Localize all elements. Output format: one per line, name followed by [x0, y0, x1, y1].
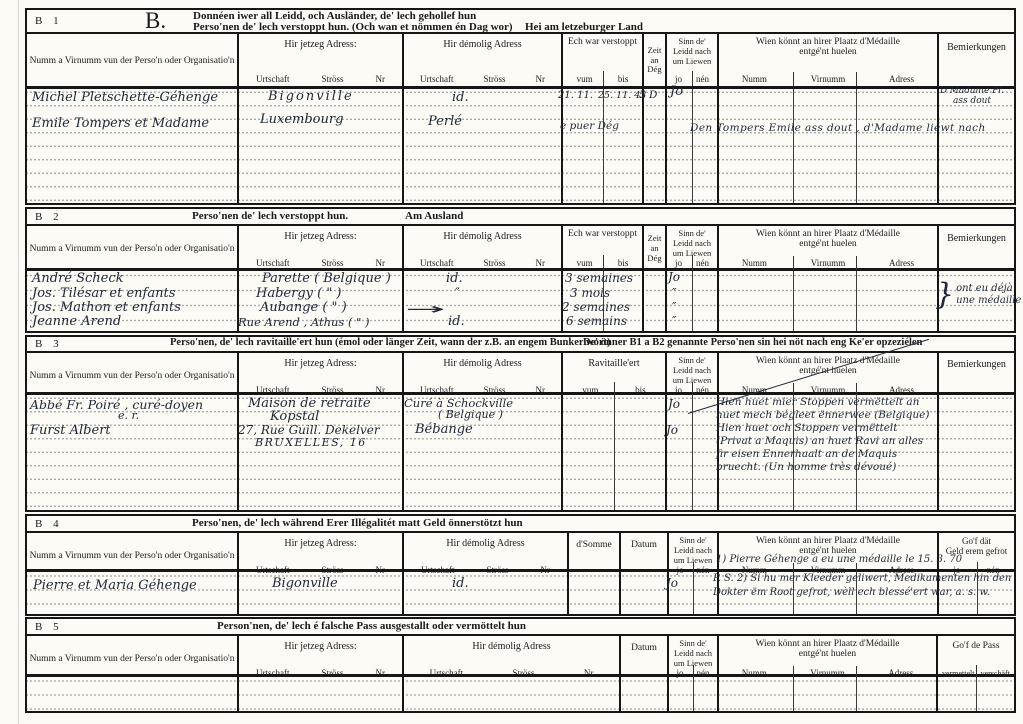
divider-cell	[561, 89, 642, 203]
bis-label: bis	[618, 74, 629, 84]
b1-col-zeit: ZeitanDég	[642, 34, 665, 86]
subcolumn-divider	[856, 256, 857, 270]
nr-label: Nr	[535, 74, 545, 84]
b2-row4-now-addr: Rue Arend , Athus ( " )	[238, 315, 370, 329]
b3-col-ravitailleert: Ravitaille'ert vumbis	[561, 353, 665, 397]
old-addr-label: Hir démolig Adress	[472, 641, 550, 652]
b4-row1-old-addr: id.	[452, 576, 469, 591]
medal-label: Wien könnt an hirer Plaatz d'Médailleent…	[756, 37, 900, 57]
adress-label: Adress	[889, 385, 914, 395]
virnumm-label: Virnumm	[811, 258, 845, 268]
b3-row2-now-addr2: BRUXELLES, 16	[255, 436, 367, 449]
urtschaft-label: Urtschaft	[256, 385, 290, 395]
b2-row4-duration: 6 semains	[566, 314, 627, 328]
b4-title-band: B 4 Perso'nen, de' lech während Erer Ill…	[27, 516, 1014, 533]
bis-label: bis	[618, 258, 629, 268]
b1-row1-old-addr: id.	[452, 90, 469, 105]
adress-label: Adress	[889, 258, 914, 268]
b1-body: Michel Pletschette-Géhenge Bigonville id…	[27, 89, 1014, 203]
b3-title: Perso'nen, de' lech ravitaille'ert hun (…	[170, 337, 610, 348]
urtschaft-label: Urtschaft	[420, 385, 454, 395]
jo-label: jo	[675, 385, 682, 395]
b4-body: Pierre et Maria Géhenge Bigonville id. J…	[27, 572, 1014, 614]
b3-id: B 3	[35, 338, 63, 350]
brace-mark: }	[935, 280, 954, 310]
divider-cell	[237, 677, 402, 711]
b3-remark-block: Hien huet mier Stoppen vermëttelt an hue…	[716, 396, 936, 474]
b2-id: B 2	[35, 211, 63, 223]
b1-row2-name: Emile Tompers et Madame	[32, 116, 209, 131]
b4-medal-note: 1) Pierre Géhenge a eu une médaille le 1…	[716, 554, 962, 565]
name-col-label: Numm a Virnumm vun der Perso'n oder Orga…	[30, 56, 235, 66]
alive-label: Sinn de'Leidd nachum Liewen	[673, 356, 711, 385]
divider-cell	[642, 89, 665, 203]
ravitailleert-label: Ravitaille'ert	[588, 358, 639, 369]
b1-row1-now-addr: Bigonville	[268, 89, 354, 104]
divider-cell	[937, 395, 1014, 510]
divider-cell	[936, 677, 1014, 711]
geld-gefrot-label: Go'f dätGeld erem gefrot	[946, 536, 1007, 556]
vum-label: vum	[577, 74, 593, 84]
b3-row1-alive-jo: Jo	[668, 397, 680, 411]
divider-cell	[619, 677, 667, 711]
verstoppt-label: Ech war verstoppt	[568, 37, 637, 47]
column-dividers	[27, 677, 1014, 711]
b3-col-old-addr: Hir démolig Adress UrtschaftStrössNr	[402, 353, 561, 397]
b5-title: Person'nen, de' lech é falsche Pass ausg…	[217, 620, 526, 632]
subcolumn-divider	[603, 71, 604, 86]
b3-col-name: Numm a Virnumm vun der Perso'n oder Orga…	[27, 353, 237, 397]
b1-column-headers: Numm a Virnumm vun der Perso'n oder Orga…	[27, 34, 1014, 89]
divider-cell	[402, 572, 567, 614]
b2-row3-now-addr: Aubange ( " )	[260, 300, 347, 315]
b5-col-pass-gof: Go'f de Pass vermetteltverschäft	[936, 636, 1014, 680]
addr-sublabels: UrtschaftStrössNr	[405, 74, 560, 84]
b5-col-medal: Wien könnt an hirer Plaatz d'Médailleent…	[717, 636, 936, 680]
b2-body: André Scheck Parette ( Belgique ) id. 3 …	[27, 271, 1014, 331]
b2-row2-alive-jo: ″	[672, 286, 676, 300]
b2-col-now-addr: Hir jetzeg Adress: UrtschaftStrössNr	[237, 226, 402, 270]
urtschaft-label: Urtschaft	[420, 74, 454, 84]
divider-cell	[717, 89, 937, 203]
medal-sublabels: NummVirnummAdress	[720, 74, 936, 84]
b3-row2-old-addr: Bébange	[415, 422, 473, 437]
jo-label: jo	[675, 74, 682, 84]
section-b2: B 2 Perso'nen de' lech verstoppt hun. Am…	[25, 207, 1016, 333]
alive-label: Sinn de'Leidd nachum Liewen	[674, 536, 712, 565]
b2-title-band: B 2 Perso'nen de' lech verstoppt hun. Am…	[27, 209, 1014, 226]
pass-gof-label: Go'f de Pass	[952, 641, 999, 651]
stross-label: Ströss	[321, 258, 343, 268]
divider-cell	[642, 271, 665, 331]
b1-col-alive: Sinn de'Leidd nachum Liewen jonén	[665, 34, 717, 86]
b1-title-band: B 1 B. Donnéen iwer all Leidd, och Auslä…	[27, 10, 1014, 34]
numm-label: Numm	[742, 258, 767, 268]
b2-row1-now-addr: Parette ( Belgique )	[262, 271, 391, 286]
now-addr-label: Hir jetzeg Adress:	[284, 231, 356, 242]
nen-label: nén	[696, 74, 709, 84]
b2-row4-old-addr: id.	[448, 314, 465, 329]
b2-row1-alive-jo: Jo	[668, 270, 680, 284]
b2-row4-alive-jo: ″	[672, 314, 676, 328]
vum-label: vum	[582, 385, 598, 395]
b4-row1-alive-jo: Jo	[666, 576, 678, 590]
b1-title-line2: Perso'nen de' lech verstoppt hun. (Och w…	[193, 21, 513, 33]
nr-label: Nr	[375, 258, 385, 268]
medal-label: Wien könnt an hirer Plaatz d'Médailleent…	[756, 536, 900, 556]
divider-cell	[667, 677, 717, 711]
b5-body	[27, 677, 1014, 711]
b5-id: B 5	[35, 621, 63, 633]
b5-title-band: B 5 Person'nen, de' lech é falsche Pass …	[27, 619, 1014, 636]
subcolumn-divider	[692, 255, 693, 270]
b2-title: Perso'nen de' lech verstoppt hun.	[192, 210, 348, 222]
b3-col-medal: Wien könnt an hirer Plaatz d'Médailleent…	[717, 353, 937, 397]
b4-id: B 4	[35, 518, 63, 530]
b3-body: Abbé Fr. Poiré , curé-doyen e. r. Maison…	[27, 395, 1014, 510]
b2-row4-name: Jeanne Arend	[32, 314, 121, 329]
column-dividers	[27, 89, 1014, 203]
nr-label: Nr	[535, 385, 545, 395]
b3-row2-now-addr: 27, Rue Guill. Dekelver	[238, 423, 380, 437]
b3-col-alive: Sinn de'Leidd nachum Liewen jonén	[665, 353, 717, 397]
b3-row1-now-addr2: Kopstal	[270, 409, 319, 424]
b3-row1-name: Abbé Fr. Poiré , curé-doyen	[30, 397, 203, 412]
addr-sublabels: UrtschaftStrössNr	[405, 258, 560, 268]
b2-row2-name: Jos. Tilésar et enfants	[32, 286, 175, 301]
b1-col-old-addr: Hir démolig Adress UrtschaftStrössNr	[402, 34, 561, 86]
divider-cell	[27, 677, 237, 711]
stross-label: Ströss	[483, 74, 505, 84]
b1-row1-remark: D'Madame Pl.ass dout	[933, 86, 1011, 106]
zeit-label: ZeitanDég	[647, 234, 661, 263]
old-addr-label: Hir démolig Adress	[443, 358, 521, 369]
b2-row2-old-addr: ″	[455, 286, 460, 301]
b4-column-headers: Numm a Virnumm vun der Perso'n oder Orga…	[27, 533, 1014, 572]
urtschaft-label: Urtschaft	[420, 258, 454, 268]
name-col-label: Numm a Virnumm vun der Perso'n oder Orga…	[30, 371, 235, 381]
addr-sublabels: UrtschaftStrössNr	[240, 258, 401, 268]
divider-cell	[27, 89, 237, 203]
divider-cell	[402, 677, 619, 711]
urtschaft-label: Urtschaft	[256, 258, 290, 268]
divider-cell	[717, 271, 937, 331]
b3-title-right: De' önner B1 a B2 genannte Perso'nen sin…	[583, 337, 922, 348]
b1-row1-zeit: 5 D	[639, 89, 657, 101]
b2-row1-old-addr: id.	[446, 271, 463, 286]
b3-title-band: B 3 Perso'nen, de' lech ravitaille'ert h…	[27, 337, 1014, 353]
divider-cell	[237, 89, 402, 203]
alive-label: Sinn de'Leidd nachum Liewen	[673, 229, 711, 258]
b4-col-datum: Datum	[619, 533, 667, 577]
now-addr-label: Hir jetzeg Adress:	[284, 358, 356, 369]
vum-label: vum	[577, 258, 593, 268]
b1-col-now-addr: Hir jetzeg Adress: UrtschaftStrössNr	[237, 34, 402, 86]
b2-col-hidden-period: Ech war verstoppt vumbis	[561, 226, 642, 270]
b1-col-hidden-period: Ech war verstoppt vumbis	[561, 34, 642, 86]
b1-row2-note: Den Tompers Emile ass dout , d'Madame li…	[690, 122, 986, 134]
nen-label: nén	[696, 385, 709, 395]
name-col-label: Numm a Virnumm vun der Perso'n oder Orga…	[30, 654, 235, 664]
remarks-label: Bemierkungen	[947, 233, 1006, 244]
name-col-label: Numm a Virnumm vun der Perso'n oder Orga…	[30, 244, 235, 254]
b1-title-right: Hei am letzeburger Land	[525, 21, 643, 33]
nr-label: Nr	[375, 385, 385, 395]
subcolumn-divider	[793, 256, 794, 270]
b3-row2-alive-jo: Jo	[666, 423, 678, 437]
b4-col-now-addr: Hir jetzeg Adress: UrtschaftStrössNr	[237, 533, 402, 577]
section-b5: B 5 Person'nen, de' lech é falsche Pass …	[25, 617, 1016, 713]
zeit-label: ZeitanDég	[647, 46, 661, 75]
b4-row1-remark: P. S. 2) Si hu mer Kleeder geliwert, Med…	[713, 572, 1013, 600]
alive-label: Sinn de'Leidd nachum Liewen	[673, 37, 711, 66]
adress-label: Adress	[889, 74, 914, 84]
bis-label: bis	[635, 385, 646, 395]
nen-label: nén	[696, 258, 709, 268]
medal-label: Wien könnt an hirer Plaatz d'Médailleent…	[756, 229, 900, 249]
b3-column-headers: Numm a Virnumm vun der Perso'n oder Orga…	[27, 353, 1014, 395]
b1-row1-alive-jo: Jo	[670, 84, 683, 99]
now-addr-label: Hir jetzeg Adress:	[284, 538, 356, 549]
b1-row2-old-addr: Perlé	[428, 114, 462, 129]
b4-title: Perso'nen, de' lech während Erer Illégal…	[192, 517, 523, 529]
subcolumn-divider	[856, 72, 857, 86]
stross-label: Ströss	[483, 385, 505, 395]
b5-col-now-addr: Hir jetzeg Adress: UrtschaftStrössNr	[237, 636, 402, 680]
numm-label: Numm	[742, 74, 767, 84]
remarks-label: Bemierkungen	[947, 359, 1006, 370]
b1-row1-name: Michel Pletschette-Géhenge	[32, 90, 218, 105]
virnumm-label: Virnumm	[811, 385, 845, 395]
b2-row3-name: Jos. Mathon et enfants	[32, 300, 181, 315]
alive-label: Sinn de'Leidd nachum Liewen	[674, 639, 712, 668]
urtschaft-label: Urtschaft	[256, 74, 290, 84]
b2-column-headers: Numm a Virnumm vun der Perso'n oder Orga…	[27, 226, 1014, 271]
divider-cell	[717, 677, 936, 711]
b2-col-zeit: ZeitanDég	[642, 226, 665, 270]
b2-row1-name: André Scheck	[32, 271, 124, 286]
section-b4: B 4 Perso'nen, de' lech während Erer Ill…	[25, 514, 1016, 616]
divider-cell	[619, 572, 667, 614]
old-addr-label: Hir démolig Adress	[443, 231, 521, 242]
b5-col-datum: Datum	[619, 636, 667, 680]
b2-col-remarks: Bemierkungen	[937, 226, 1014, 270]
b1-row1-vum: 21. 11.	[558, 90, 593, 101]
section-b3: B 3 Perso'nen, de' lech ravitaille'ert h…	[25, 335, 1016, 512]
b2-row2-now-addr: Habergy ( " )	[256, 286, 342, 301]
divider-cell	[665, 89, 717, 203]
b2-row1-duration: 3 semaines	[565, 271, 633, 285]
stross-label: Ströss	[483, 258, 505, 268]
b4-row1-now-addr: Bigonville	[272, 576, 338, 591]
addr-sublabels: UrtschaftStrössNr	[240, 74, 401, 84]
stross-label: Ströss	[321, 74, 343, 84]
name-col-label: Numm a Virnumm vun der Perso'n oder Orga…	[30, 551, 235, 561]
b2-col-old-addr: Hir démolig Adress UrtschaftStrössNr	[402, 226, 561, 270]
stross-label: Ströss	[321, 385, 343, 395]
jo-label: jo	[675, 258, 682, 268]
b3-row1-name-suffix: e. r.	[118, 409, 139, 422]
divider-cell	[567, 572, 619, 614]
subcolumn-divider	[692, 71, 693, 86]
datum-label: Datum	[631, 643, 657, 653]
b2-title-right: Am Ausland	[405, 210, 463, 222]
b1-id: B 1	[35, 15, 63, 27]
b4-col-name: Numm a Virnumm vun der Perso'n oder Orga…	[27, 533, 237, 577]
divider-cell	[237, 395, 402, 510]
datum-label: Datum	[631, 540, 657, 550]
b1-col-name: Numm a Virnumm vun der Perso'n oder Orga…	[27, 34, 237, 86]
b4-row1-name: Pierre et Maria Géhenge	[33, 578, 197, 593]
b1-letter: B.	[145, 8, 166, 34]
medal-label: Wien könnt an hirer Plaatz d'Médailleent…	[756, 356, 900, 376]
b5-column-headers: Numm a Virnumm vun der Perso'n oder Orga…	[27, 636, 1014, 677]
old-addr-label: Hir démolig Adress	[446, 538, 524, 549]
scanned-form-page: B 1 B. Donnéen iwer all Leidd, och Auslä…	[0, 0, 1023, 724]
divider-cell	[402, 89, 561, 203]
b3-col-remarks: Bemierkungen	[937, 353, 1014, 397]
virnumm-label: Virnumm	[811, 74, 845, 84]
arrow-right-mark: →	[405, 304, 445, 314]
b1-col-medal: Wien könnt an hirer Plaatz d'Médailleent…	[717, 34, 937, 86]
addr-sublabels: UrtschaftStrössNr	[240, 385, 401, 395]
now-addr-label: Hir jetzeg Adress:	[284, 641, 356, 652]
section-b1: B 1 B. Donnéen iwer all Leidd, och Auslä…	[25, 8, 1016, 205]
b1-col-remarks: Bemierkungen	[937, 34, 1014, 86]
now-addr-label: Hir jetzeg Adress:	[284, 39, 356, 50]
b4-col-old-addr: Hir démolig Adress UrtschaftStrössNr	[402, 533, 567, 577]
b2-col-medal: Wien könnt an hirer Plaatz d'Médailleent…	[717, 226, 937, 270]
medal-sublabels: NummVirnummAdress	[720, 258, 936, 268]
subcolumn-divider	[603, 255, 604, 270]
b2-row2-duration: 3 mois	[570, 286, 610, 300]
subcolumn-divider	[793, 72, 794, 86]
b2-col-alive: Sinn de'Leidd nachum Liewen jonén	[665, 226, 717, 270]
b2-row3-duration: 2 semaines	[562, 300, 630, 314]
b2-medal-remark: }ont eu déjàune médaille	[935, 280, 1021, 310]
divider-cell	[937, 89, 1014, 203]
nr-label: Nr	[535, 258, 545, 268]
remarks-label: Bemierkungen	[947, 42, 1006, 53]
medal-label: Wien könnt an hirer Plaatz d'Médailleent…	[755, 639, 899, 659]
b5-col-name: Numm a Virnumm vun der Perso'n oder Orga…	[27, 636, 237, 680]
old-addr-label: Hir démolig Adress	[443, 39, 521, 50]
scan-artifact	[18, 0, 19, 724]
verstoppt-label: Ech war verstoppt	[568, 229, 637, 239]
nr-label: Nr	[375, 74, 385, 84]
b3-row1-old-addr2: ( Belgique )	[438, 408, 503, 421]
divider-cell	[561, 395, 665, 510]
b2-col-name: Numm a Virnumm vun der Perso'n oder Orga…	[27, 226, 237, 270]
b4-col-somme: d'Somme	[567, 533, 619, 577]
b1-row2-now-addr: Luxembourg	[260, 112, 343, 127]
b1-row2-duration: e puer Dég	[560, 120, 619, 132]
b4-col-alive: Sinn de'Leidd nachum Liewen jonén	[667, 533, 717, 577]
b5-col-alive: Sinn de'Leidd nachum Liewen jonén	[667, 636, 717, 680]
b2-row3-alive-jo: ″	[672, 300, 676, 314]
b3-row2-name: Furst Albert	[30, 423, 111, 438]
b5-col-old-addr: Hir démolig Adress UrtschaftStrössNr	[402, 636, 619, 680]
addr-sublabels: UrtschaftStrössNr	[405, 385, 560, 395]
somme-label: d'Somme	[576, 540, 612, 550]
b3-col-now-addr: Hir jetzeg Adress: UrtschaftStrössNr	[237, 353, 402, 397]
